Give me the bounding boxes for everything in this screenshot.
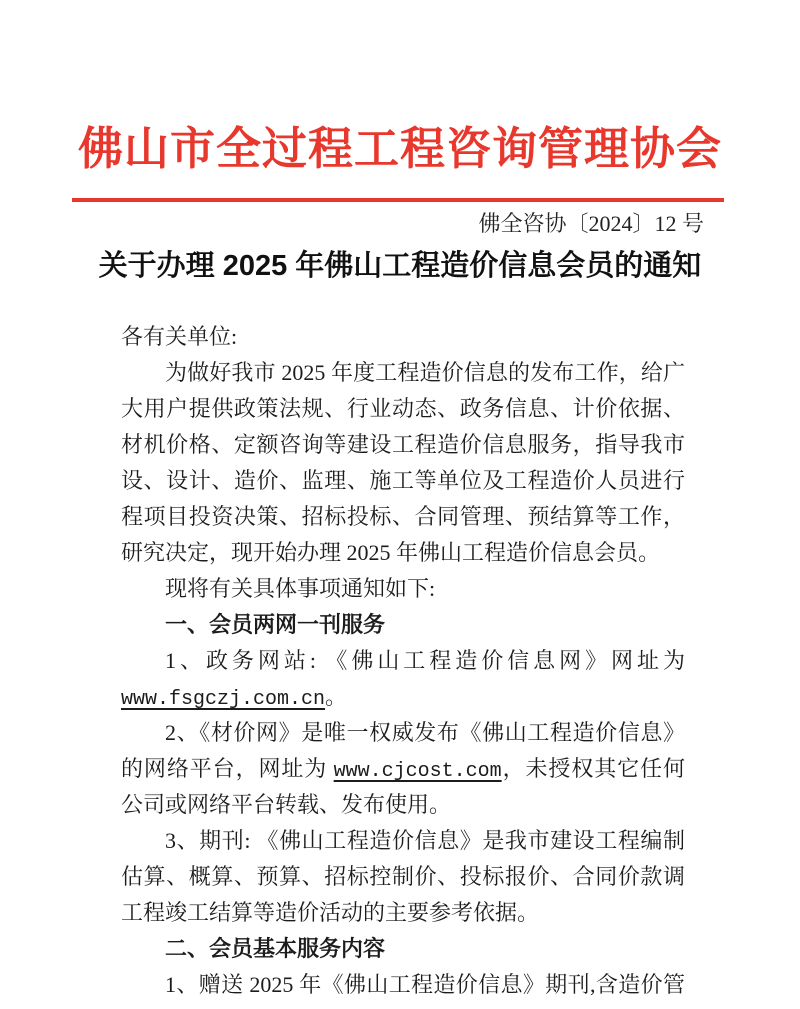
document-number: 佛全咨协〔2024〕12 号: [478, 207, 704, 238]
body-line: 各有关单位:: [121, 319, 685, 355]
body-line: 现将有关具体事项通知如下:: [121, 571, 685, 607]
text-segment: 1、政务网站: 《佛山工程造价信息网》网址为: [165, 648, 685, 673]
text-segment: 程项目投资决策、招标投标、合同管理、预结算等工作，经: [121, 504, 685, 535]
body-line: 程项目投资决策、招标投标、合同管理、预结算等工作，经: [121, 499, 685, 535]
text-segment: 二、会员基本服务内容: [165, 936, 385, 961]
text-segment: 设、设计、造价、监理、施工等单位及工程造价人员进行工: [121, 468, 685, 499]
text-segment: 现将有关具体事项通知如下:: [165, 576, 435, 601]
text-segment: 。: [325, 684, 347, 709]
text-segment: 为做好我市 2025 年度工程造价信息的发布工作，给广: [165, 360, 685, 385]
section-heading: 一、会员两网一刊服务: [121, 607, 685, 643]
text-segment: 一、会员两网一刊服务: [165, 612, 385, 637]
body-line: 1、赠送 2025 年《佛山工程造价信息》期刊,含造价管: [121, 967, 685, 1003]
text-segment: 1、赠送 2025 年《佛山工程造价信息》期刊,含造价管: [165, 972, 685, 997]
body-line: 3、期刊: 《佛山工程造价信息》是我市建设工程编制: [121, 823, 685, 859]
document-title: 关于办理 2025 年佛山工程造价信息会员的通知: [0, 243, 800, 284]
body-line: 的网络平台，网址为 www.cjcost.com，未授权其它任何软件: [121, 751, 685, 787]
text-segment: 估算、概算、预算、招标控制价、投标报价、合同价款调整、: [121, 864, 685, 895]
body-line: 2、《材价网》是唯一权威发布《佛山工程造价信息》: [121, 715, 685, 751]
url-link[interactable]: www.fsgczj.com.cn: [121, 688, 325, 711]
body-line: 工程竣工结算等造价活动的主要参考依据。: [121, 895, 685, 931]
body-line: 材机价格、定额咨询等建设工程造价信息服务，指导我市建: [121, 427, 685, 463]
body-line: www.fsgczj.com.cn。: [121, 679, 685, 715]
text-segment: 公司或网络平台转载、发布使用。: [121, 792, 451, 817]
text-segment: 2、《材价网》是唯一权威发布《佛山工程造价信息》: [165, 720, 685, 745]
text-segment: 3、期刊: 《佛山工程造价信息》是我市建设工程编制: [165, 828, 685, 853]
text-segment: 各有关单位:: [121, 324, 237, 349]
body-line: 设、设计、造价、监理、施工等单位及工程造价人员进行工: [121, 463, 685, 499]
red-divider-rule: [72, 198, 724, 202]
body-line: 大用户提供政策法规、行业动态、政务信息、计价依据、人: [121, 391, 685, 427]
body-line: 为做好我市 2025 年度工程造价信息的发布工作，给广: [121, 355, 685, 391]
text-segment: 工程竣工结算等造价活动的主要参考依据。: [121, 900, 539, 925]
text-segment: 材机价格、定额咨询等建设工程造价信息服务，指导我市建: [121, 432, 685, 463]
body-line: 研究决定，现开始办理 2025 年佛山工程造价信息会员。: [121, 535, 685, 571]
url-link[interactable]: www.cjcost.com: [334, 760, 502, 783]
organization-title: 佛山市全过程工程咨询管理协会: [0, 112, 800, 177]
text-segment: 研究决定，现开始办理 2025 年佛山工程造价信息会员。: [121, 540, 660, 565]
document-body: 各有关单位:为做好我市 2025 年度工程造价信息的发布工作，给广大用户提供政策…: [121, 319, 685, 1003]
section-heading: 二、会员基本服务内容: [121, 931, 685, 967]
body-line: 1、政务网站: 《佛山工程造价信息网》网址为: [121, 643, 685, 679]
body-line: 估算、概算、预算、招标控制价、投标报价、合同价款调整、: [121, 859, 685, 895]
scanned-notice-page: 佛山市全过程工程咨询管理协会 佛全咨协〔2024〕12 号 关于办理 2025 …: [0, 0, 800, 1009]
text-segment: 的网络平台，网址为: [121, 756, 334, 781]
body-line: 公司或网络平台转载、发布使用。: [121, 787, 685, 823]
text-segment: 大用户提供政策法规、行业动态、政务信息、计价依据、人: [121, 396, 685, 427]
